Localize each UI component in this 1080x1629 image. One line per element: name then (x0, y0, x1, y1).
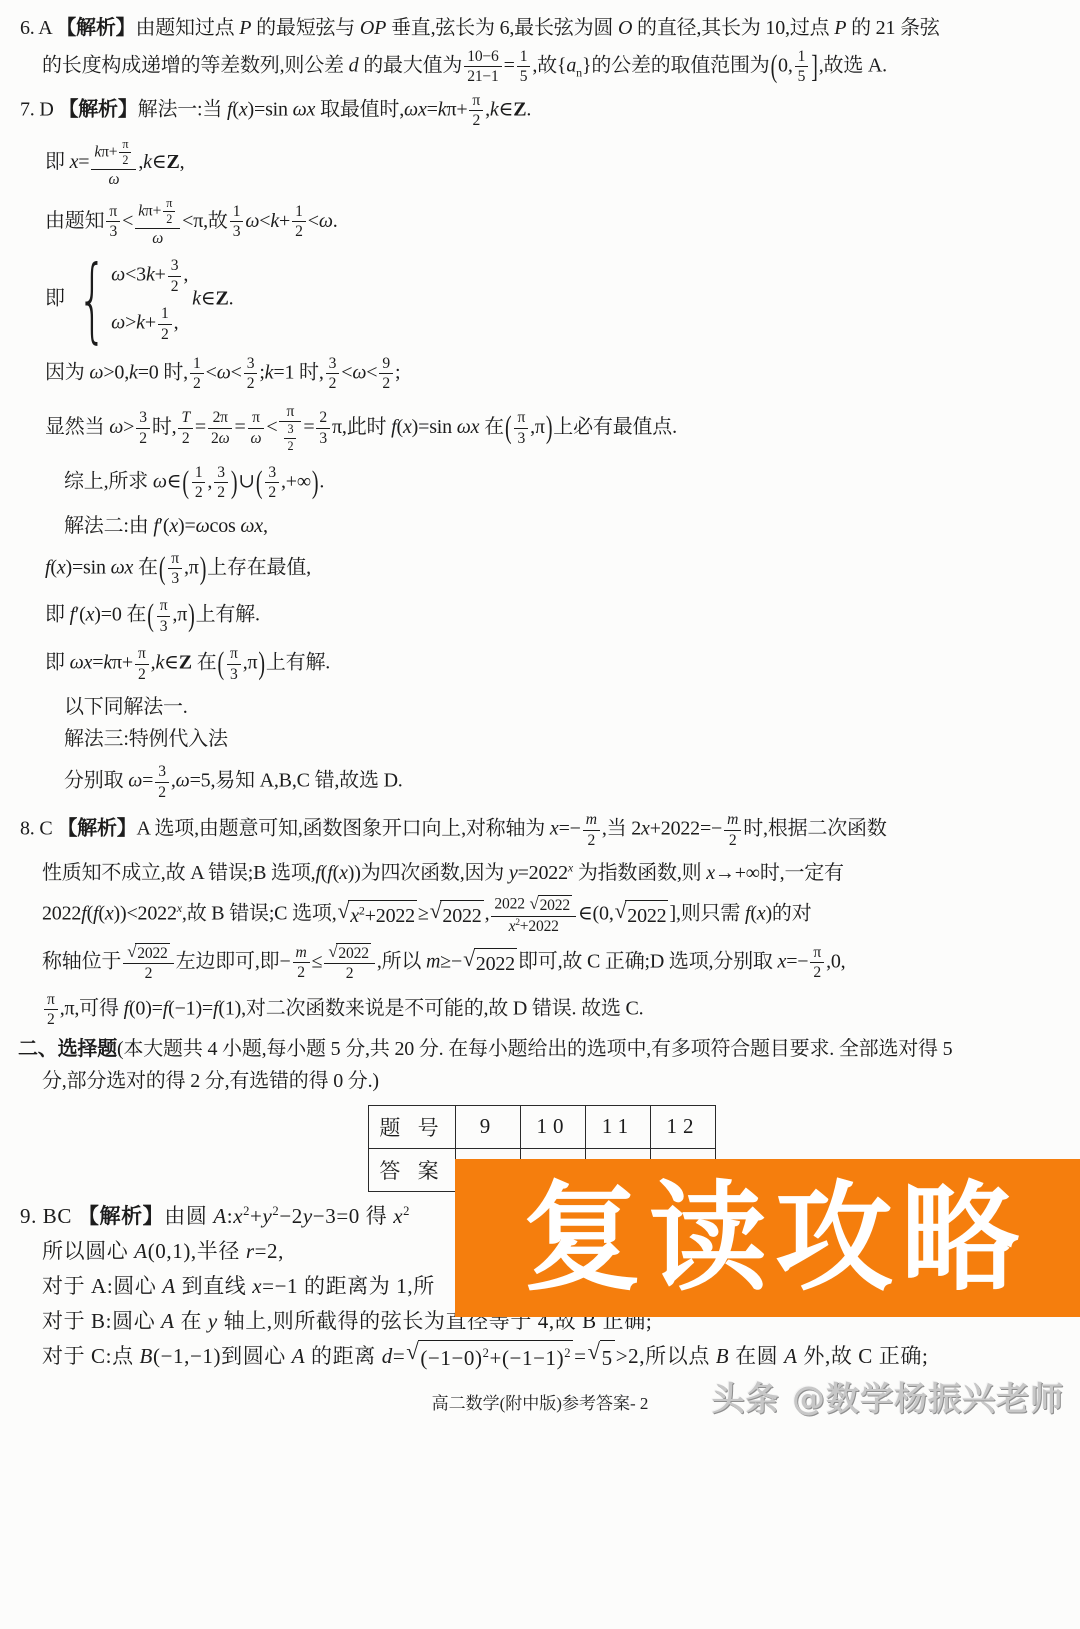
q7-line-2: 即 x=kπ+π2ω,k∈Z, (45, 138, 1074, 189)
q8-line-5: π2,π,可得 f(0)=f(−1)=f(1),对二次函数来说是不可能的,故 D… (42, 991, 1074, 1029)
bottom-zone: 题 号9101112答 案 9. BC 【解析】由圆 A:x2+y2−2y−3=… (0, 1105, 1080, 1415)
page-footer: 高二数学(附中版)参考答案- 2 头条 @数学杨振兴老师 (0, 1389, 1080, 1414)
section-q8: 8. C 【解析】A 选项,由题意可知,函数图象开口向上,对称轴为 x=−m2,… (0, 811, 1080, 1029)
section-q6: 6. A 【解析】由题知过点 P 的最短弦与 OP 垂直,弦长为 6,最长弦为圆… (0, 14, 1080, 86)
section2-line-1: 二、选择题(本大题共 4 小题,每小题 5 分,共 20 分. 在每小题给出的选… (18, 1035, 1074, 1063)
q7-line-14: 分别取 ω=32,ω=5,易知 A,B,C 错,故选 D. (64, 763, 1074, 801)
section-section2: 二、选择题(本大题共 4 小题,每小题 5 分,共 20 分. 在每小题给出的选… (0, 1035, 1080, 1095)
q7-line-6: 显然当 ω>32时,T2=2π2ω=πω<π32=23π,此时 f(x)=sin… (45, 403, 1074, 454)
table-question-number: 10 (521, 1105, 586, 1148)
table-question-number: 12 (651, 1105, 716, 1148)
q7-line-9: f(x)=sin ωx 在(π3,π)上存在最值, (45, 550, 1074, 588)
q7-line-13: 解法三:特例代入法 (64, 725, 1074, 753)
q6-line-1: 6. A 【解析】由题知过点 P 的最短弦与 OP 垂直,弦长为 6,最长弦为圆… (20, 14, 1074, 42)
q7-line-3: 由题知π3<kπ+π2ω<π,故13ω<k+12<ω. (45, 197, 1074, 248)
q7-line-7: 综上,所求 ω∈(12,32)∪(32,+∞). (64, 464, 1074, 502)
q7-line-12: 以下同解法一. (64, 693, 1074, 721)
q8-line-4: 称轴位于√20222左边即可,即−m2≤√20222,所以 m≥−√2022即可… (42, 943, 1074, 983)
q7-line-1: 7. D 【解析】解法一:当 f(x)=sin ωx 取最值时,ωx=kπ+π2… (20, 92, 1074, 130)
q9-line-5: 对于 C:点 B(−1,−1)到圆心 A 的距离 d=√(−1−0)2+(−1−… (42, 1340, 1074, 1376)
q7-line-11: 即 ωx=kπ+π2,k∈Z 在(π3,π)上有解. (45, 645, 1074, 683)
table-answer-label: 答 案 (369, 1148, 456, 1191)
q6-line-2: 的长度构成递增的等差数列,则公差 d 的最大值为10−621−1=15,故{an… (42, 48, 1074, 86)
table-question-number: 9 (456, 1105, 521, 1148)
answer-sheet-page: 6. A 【解析】由题知过点 P 的最短弦与 OP 垂直,弦长为 6,最长弦为圆… (0, 0, 1080, 1629)
q7-line-4: 即{ω<3k+32,ω>k+12,k∈Z. (45, 255, 1074, 345)
fudu-watermark-banner: 复读攻略 (455, 1159, 1080, 1317)
footer-page-label: 高二数学(附中版)参考答案- 2 (432, 1394, 649, 1413)
section2-line-2: 分,部分选对的得 2 分,有选错的得 0 分.) (42, 1067, 1074, 1095)
section-q7: 7. D 【解析】解法一:当 f(x)=sin ωx 取最值时,ωx=kπ+π2… (0, 92, 1080, 801)
q8-line-1: 8. C 【解析】A 选项,由题意可知,函数图象开口向上,对称轴为 x=−m2,… (20, 811, 1074, 849)
table-question-label: 题 号 (369, 1105, 456, 1148)
toutiao-author-watermark: 头条 @数学杨振兴老师 (712, 1373, 1065, 1420)
fudu-watermark-text: 复读攻略 (523, 1179, 1027, 1297)
table-question-number: 11 (586, 1105, 651, 1148)
q7-line-8: 解法二:由 f′(x)=ωcos ωx, (64, 512, 1074, 540)
q8-line-2: 性质知不成立,故 A 错误;B 选项,f(f(x))为四次函数,因为 y=202… (42, 859, 1074, 887)
q8-line-3: 2022f(f(x))<2022x,故 B 错误;C 选项,√x2+2022≥√… (42, 895, 1074, 935)
q7-line-10: 即 f′(x)=0 在(π3,π)上有解. (45, 597, 1074, 635)
q7-line-5: 因为 ω>0,k=0 时,12<ω<32;k=1 时,32<ω<92; (45, 355, 1074, 393)
